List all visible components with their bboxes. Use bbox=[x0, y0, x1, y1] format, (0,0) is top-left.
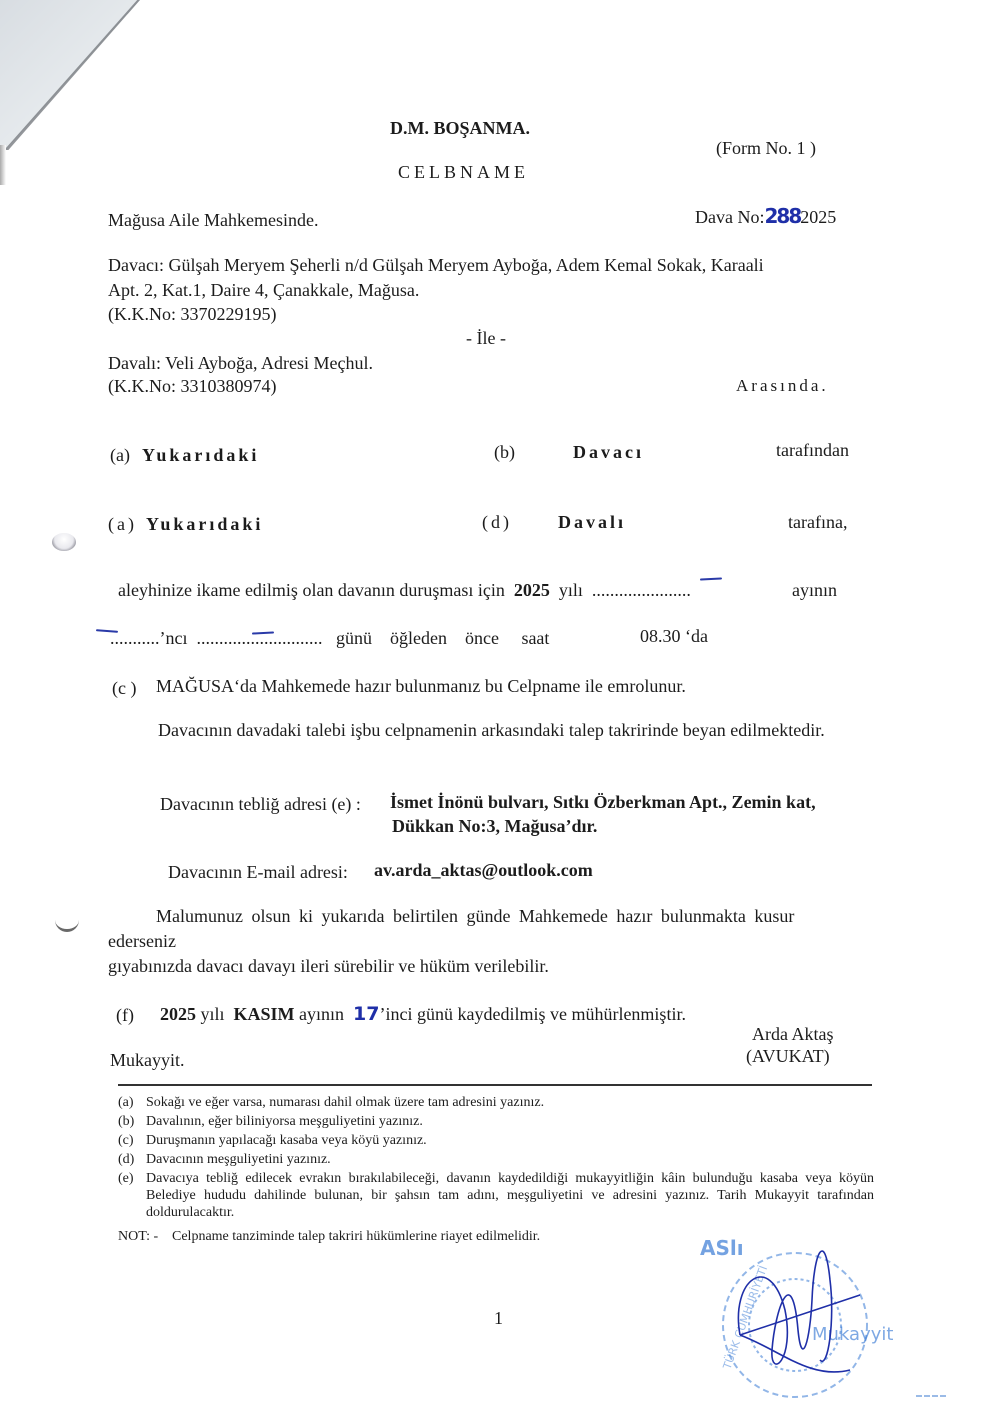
hearing-prefix: aleyhinize ikame edilmiş olan davanın du… bbox=[118, 580, 505, 600]
row2-b-text: Davalı bbox=[558, 512, 626, 533]
email-label: Davacının E-mail adresi: bbox=[168, 862, 348, 883]
form-number: (Form No. 1 ) bbox=[716, 138, 816, 159]
footnote-e: (e)Davacıya tebliğ edilecek evrakın bıra… bbox=[118, 1170, 874, 1221]
record-year-suffix: yılı bbox=[201, 1004, 225, 1024]
row2-b-label: (d) bbox=[482, 512, 512, 533]
parties-separator: - İle - bbox=[466, 328, 506, 349]
hearing-month-suffix: ayının bbox=[792, 580, 837, 601]
footnote-text: Davalının, eğer biliniyorsa meşguliyetin… bbox=[146, 1114, 423, 1129]
official-stamp-with-signature: ASlı Mukayyit TÜRK CUMHURİYETİ bbox=[700, 1220, 910, 1410]
plaintiff-line-1: Davacı: Gülşah Meryem Şeherli n/d Gülşah… bbox=[108, 255, 764, 276]
row1-a-text: Yukarıdaki bbox=[142, 445, 259, 466]
record-year: 2025 bbox=[160, 1004, 196, 1024]
row1-tail: tarafından bbox=[776, 440, 849, 461]
court-name: Mağusa Aile Mahkemesinde. bbox=[108, 210, 318, 231]
pen-mark bbox=[96, 629, 118, 633]
footnote-label: (c) bbox=[118, 1132, 146, 1149]
hearing-c-label: (c ) bbox=[112, 678, 136, 699]
case-number: Dava No:2882025 bbox=[695, 204, 836, 228]
hearing-line-1: aleyhinize ikame edilmiş olan davanın du… bbox=[118, 580, 691, 601]
hearing-c-text: MAĞUSA‘da Mahkemede hazır bulunmanız bu … bbox=[156, 676, 686, 697]
record-rest: ’inci günü kaydedilmiş ve mühürlenmiştir… bbox=[379, 1004, 685, 1024]
hearing-day-suffix: ’ncı bbox=[160, 628, 188, 648]
plaintiff-line-2: Apt. 2, Kat.1, Daire 4, Çanakkale, Mağus… bbox=[108, 280, 419, 301]
row1-b-text: Davacı bbox=[573, 442, 644, 463]
pen-mark bbox=[700, 577, 722, 580]
record-month: KASIM bbox=[234, 1004, 295, 1024]
footnote-label: (e) bbox=[118, 1170, 146, 1221]
hearing-year-suffix: yılı bbox=[559, 580, 583, 600]
record-f-label: (f) bbox=[116, 1005, 134, 1026]
footnote-label: (a) bbox=[118, 1094, 146, 1111]
stamp-side-text: TÜRK CUMHURİYETİ bbox=[720, 1264, 770, 1372]
row2-a-label: (a) bbox=[108, 514, 137, 535]
hearing-time-text: günü öğleden önce saat bbox=[336, 628, 549, 648]
note-label: NOT: - bbox=[118, 1228, 172, 1245]
footnote-d: (d)Davacının meşguliyetini yazınız. bbox=[118, 1151, 331, 1168]
footnote-text: Davacının meşguliyetini yazınız. bbox=[146, 1152, 331, 1167]
note-line: NOT: -Celpname tanziminde talep takriri … bbox=[118, 1228, 540, 1245]
warning-line-2: ederseniz bbox=[108, 931, 176, 952]
hearing-weekday-blank: ............................ bbox=[196, 628, 322, 648]
signer-title: (AVUKAT) bbox=[746, 1046, 830, 1067]
case-number-handwritten: 288 bbox=[764, 204, 800, 228]
case-number-label: Dava No: bbox=[695, 207, 764, 227]
row1-b-label: (b) bbox=[494, 442, 515, 463]
row2-a-text: Yukarıdaki bbox=[146, 514, 263, 535]
hearing-line-2: ...........’ncı ........................… bbox=[110, 628, 549, 649]
service-address-line-1: İsmet İnönü bulvarı, Sıtkı Özberkman Apt… bbox=[390, 792, 816, 813]
warning-line-3: gıyabınızda davacı davayı ileri sürebili… bbox=[108, 956, 549, 977]
punch-hole bbox=[55, 917, 79, 932]
punch-hole bbox=[52, 533, 76, 551]
document-title: D.M. BOŞANMA. bbox=[390, 118, 530, 139]
record-line: 2025 yılı KASIM ayının 17’inci günü kayd… bbox=[160, 1003, 686, 1025]
row1-a-label: (a) bbox=[110, 445, 130, 466]
service-address-label: Davacının tebliğ adresi (e) : bbox=[160, 794, 361, 815]
footnote-divider bbox=[118, 1084, 872, 1086]
footnote-b: (b)Davalının, eğer biliniyorsa meşguliye… bbox=[118, 1113, 423, 1130]
service-address-line-2: Dükkan No:3, Mağusa’dır. bbox=[392, 816, 597, 837]
warning-line-1: Malumunuz olsun ki yukarıda belirtilen g… bbox=[156, 906, 874, 927]
stamp-ink-residue bbox=[916, 1395, 946, 1399]
note-text: Celpname tanziminde talep takriri hüküml… bbox=[172, 1229, 540, 1244]
email-address[interactable]: av.arda_aktas@outlook.com bbox=[374, 860, 593, 881]
row2-tail: tarafına, bbox=[788, 512, 847, 533]
hearing-time: 08.30 ‘da bbox=[640, 626, 708, 647]
registrar-label: Mukayyit. bbox=[110, 1050, 185, 1071]
footnote-text: Duruşmanın yapılacağı kasaba veya köyü y… bbox=[146, 1133, 427, 1148]
document-type: CELBNAME bbox=[398, 162, 529, 183]
signer-name: Arda Aktaş bbox=[752, 1024, 833, 1045]
hearing-year: 2025 bbox=[514, 580, 550, 600]
record-month-suffix: ayının bbox=[299, 1004, 344, 1024]
stamp-top-text: ASlı bbox=[700, 1236, 744, 1260]
between-label: Arasında. bbox=[736, 376, 829, 396]
page-number: 1 bbox=[494, 1308, 503, 1329]
defendant-id: (K.K.No: 3310380974) bbox=[108, 376, 277, 397]
case-year: 2025 bbox=[800, 207, 836, 227]
footnote-label: (d) bbox=[118, 1151, 146, 1168]
stamp-word: Mukayyit bbox=[812, 1324, 893, 1345]
claim-paragraph: Davacının davadaki talebi işbu celpnamen… bbox=[110, 718, 874, 743]
defendant-line: Davalı: Veli Ayboğa, Adresi Meçhul. bbox=[108, 353, 373, 374]
footnote-text: Sokağı ve eğer varsa, numarası dahil olm… bbox=[146, 1095, 544, 1110]
footnote-a: (a)Sokağı ve eğer varsa, numarası dahil … bbox=[118, 1094, 544, 1111]
plaintiff-id: (K.K.No: 3370229195) bbox=[108, 304, 277, 325]
footnote-c: (c)Duruşmanın yapılacağı kasaba veya köy… bbox=[118, 1132, 427, 1149]
footnote-label: (b) bbox=[118, 1113, 146, 1130]
footnote-text: Davacıya tebliğ edilecek evrakın bırakıl… bbox=[146, 1170, 874, 1221]
page-edge-shadow bbox=[0, 145, 6, 185]
hearing-month-blank: ...................... bbox=[592, 580, 691, 600]
record-day-handwritten: 17 bbox=[353, 1003, 379, 1025]
